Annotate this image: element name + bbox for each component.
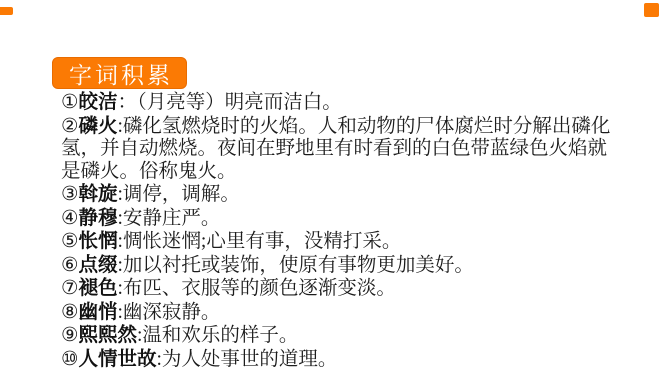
item-definition: 安静庄严。 (123, 208, 221, 229)
item-definition: （月亮等）明亮而洁白。 (137, 92, 342, 113)
item-number: ⑥ (61, 255, 78, 276)
section-title-badge: 字词积累 (52, 57, 187, 89)
vocab-item: ①皎洁：（月亮等）明亮而洁白。 (61, 91, 615, 115)
section-title: 字词积累 (69, 57, 173, 90)
item-word: 幽悄 (78, 301, 117, 323)
corner-decoration-top-right (644, 3, 659, 17)
item-number: ① (61, 92, 78, 113)
item-word: 磷火 (78, 115, 117, 137)
item-word: 斡旋 (78, 183, 117, 205)
vocab-item: ⑨熙熙然:温和欢乐的样子。 (61, 324, 615, 348)
vocab-item: ⑤怅惘:惆怅迷惘;心里有事，没精打采。 (61, 230, 615, 254)
vocab-item: ⑥点缀:加以衬托或装饰，使原有事物更加美好。 (61, 254, 615, 278)
item-word: 皎洁 (78, 91, 117, 113)
item-definition: 温和欢乐的样子。 (142, 325, 298, 346)
item-definition: 布匹、衣服等的颜色逐渐变淡。 (123, 278, 396, 299)
item-definition: 加以衬托或装饰，使原有事物更加美好。 (123, 255, 474, 276)
item-word: 静穆 (78, 207, 117, 229)
item-number: ④ (61, 208, 78, 229)
item-number: ⑩ (61, 349, 78, 370)
item-word: 人情世故 (78, 348, 156, 370)
item-number: ⑤ (61, 231, 78, 252)
item-word: 点缀 (78, 254, 117, 276)
item-number: ② (61, 116, 78, 137)
item-definition: 幽深寂静。 (123, 302, 221, 323)
item-definition: 为人处事世的道理。 (162, 349, 338, 370)
vocab-item: ③斡旋:调停，调解。 (61, 183, 615, 207)
item-number: ⑨ (61, 325, 78, 346)
item-number: ⑧ (61, 302, 78, 323)
item-word: 怅惘 (78, 230, 117, 252)
vocab-item: ⑦褪色:布匹、衣服等的颜色逐渐变淡。 (61, 277, 615, 301)
slide: 字词积累 ①皎洁：（月亮等）明亮而洁白。②磷火:磷化氢燃烧时的火焰。人和动物的尸… (0, 0, 668, 376)
vocab-item: ④静穆:安静庄严。 (61, 207, 615, 231)
item-word: 熙熙然 (78, 324, 137, 346)
corner-decoration-top-left (0, 7, 13, 15)
item-separator: ： (118, 92, 138, 113)
item-definition: 惆怅迷惘;心里有事，没精打采。 (123, 231, 401, 252)
vocab-item: ⑧幽悄:幽深寂静。 (61, 301, 615, 325)
item-definition: 调停，调解。 (123, 184, 240, 205)
vocab-list: ①皎洁：（月亮等）明亮而洁白。②磷火:磷化氢燃烧时的火焰。人和动物的尸体腐烂时分… (61, 91, 615, 371)
vocab-item: ②磷火:磷化氢燃烧时的火焰。人和动物的尸体腐烂时分解出磷化氢，并自动燃烧。夜间在… (61, 115, 615, 184)
vocab-item: ⑩人情世故:为人处事世的道理。 (61, 348, 615, 372)
item-definition: 磷化氢燃烧时的火焰。人和动物的尸体腐烂时分解出磷化氢，并自动燃烧。夜间在野地里有… (61, 116, 610, 182)
item-number: ③ (61, 184, 78, 205)
item-number: ⑦ (61, 278, 78, 299)
item-word: 褪色 (78, 277, 117, 299)
